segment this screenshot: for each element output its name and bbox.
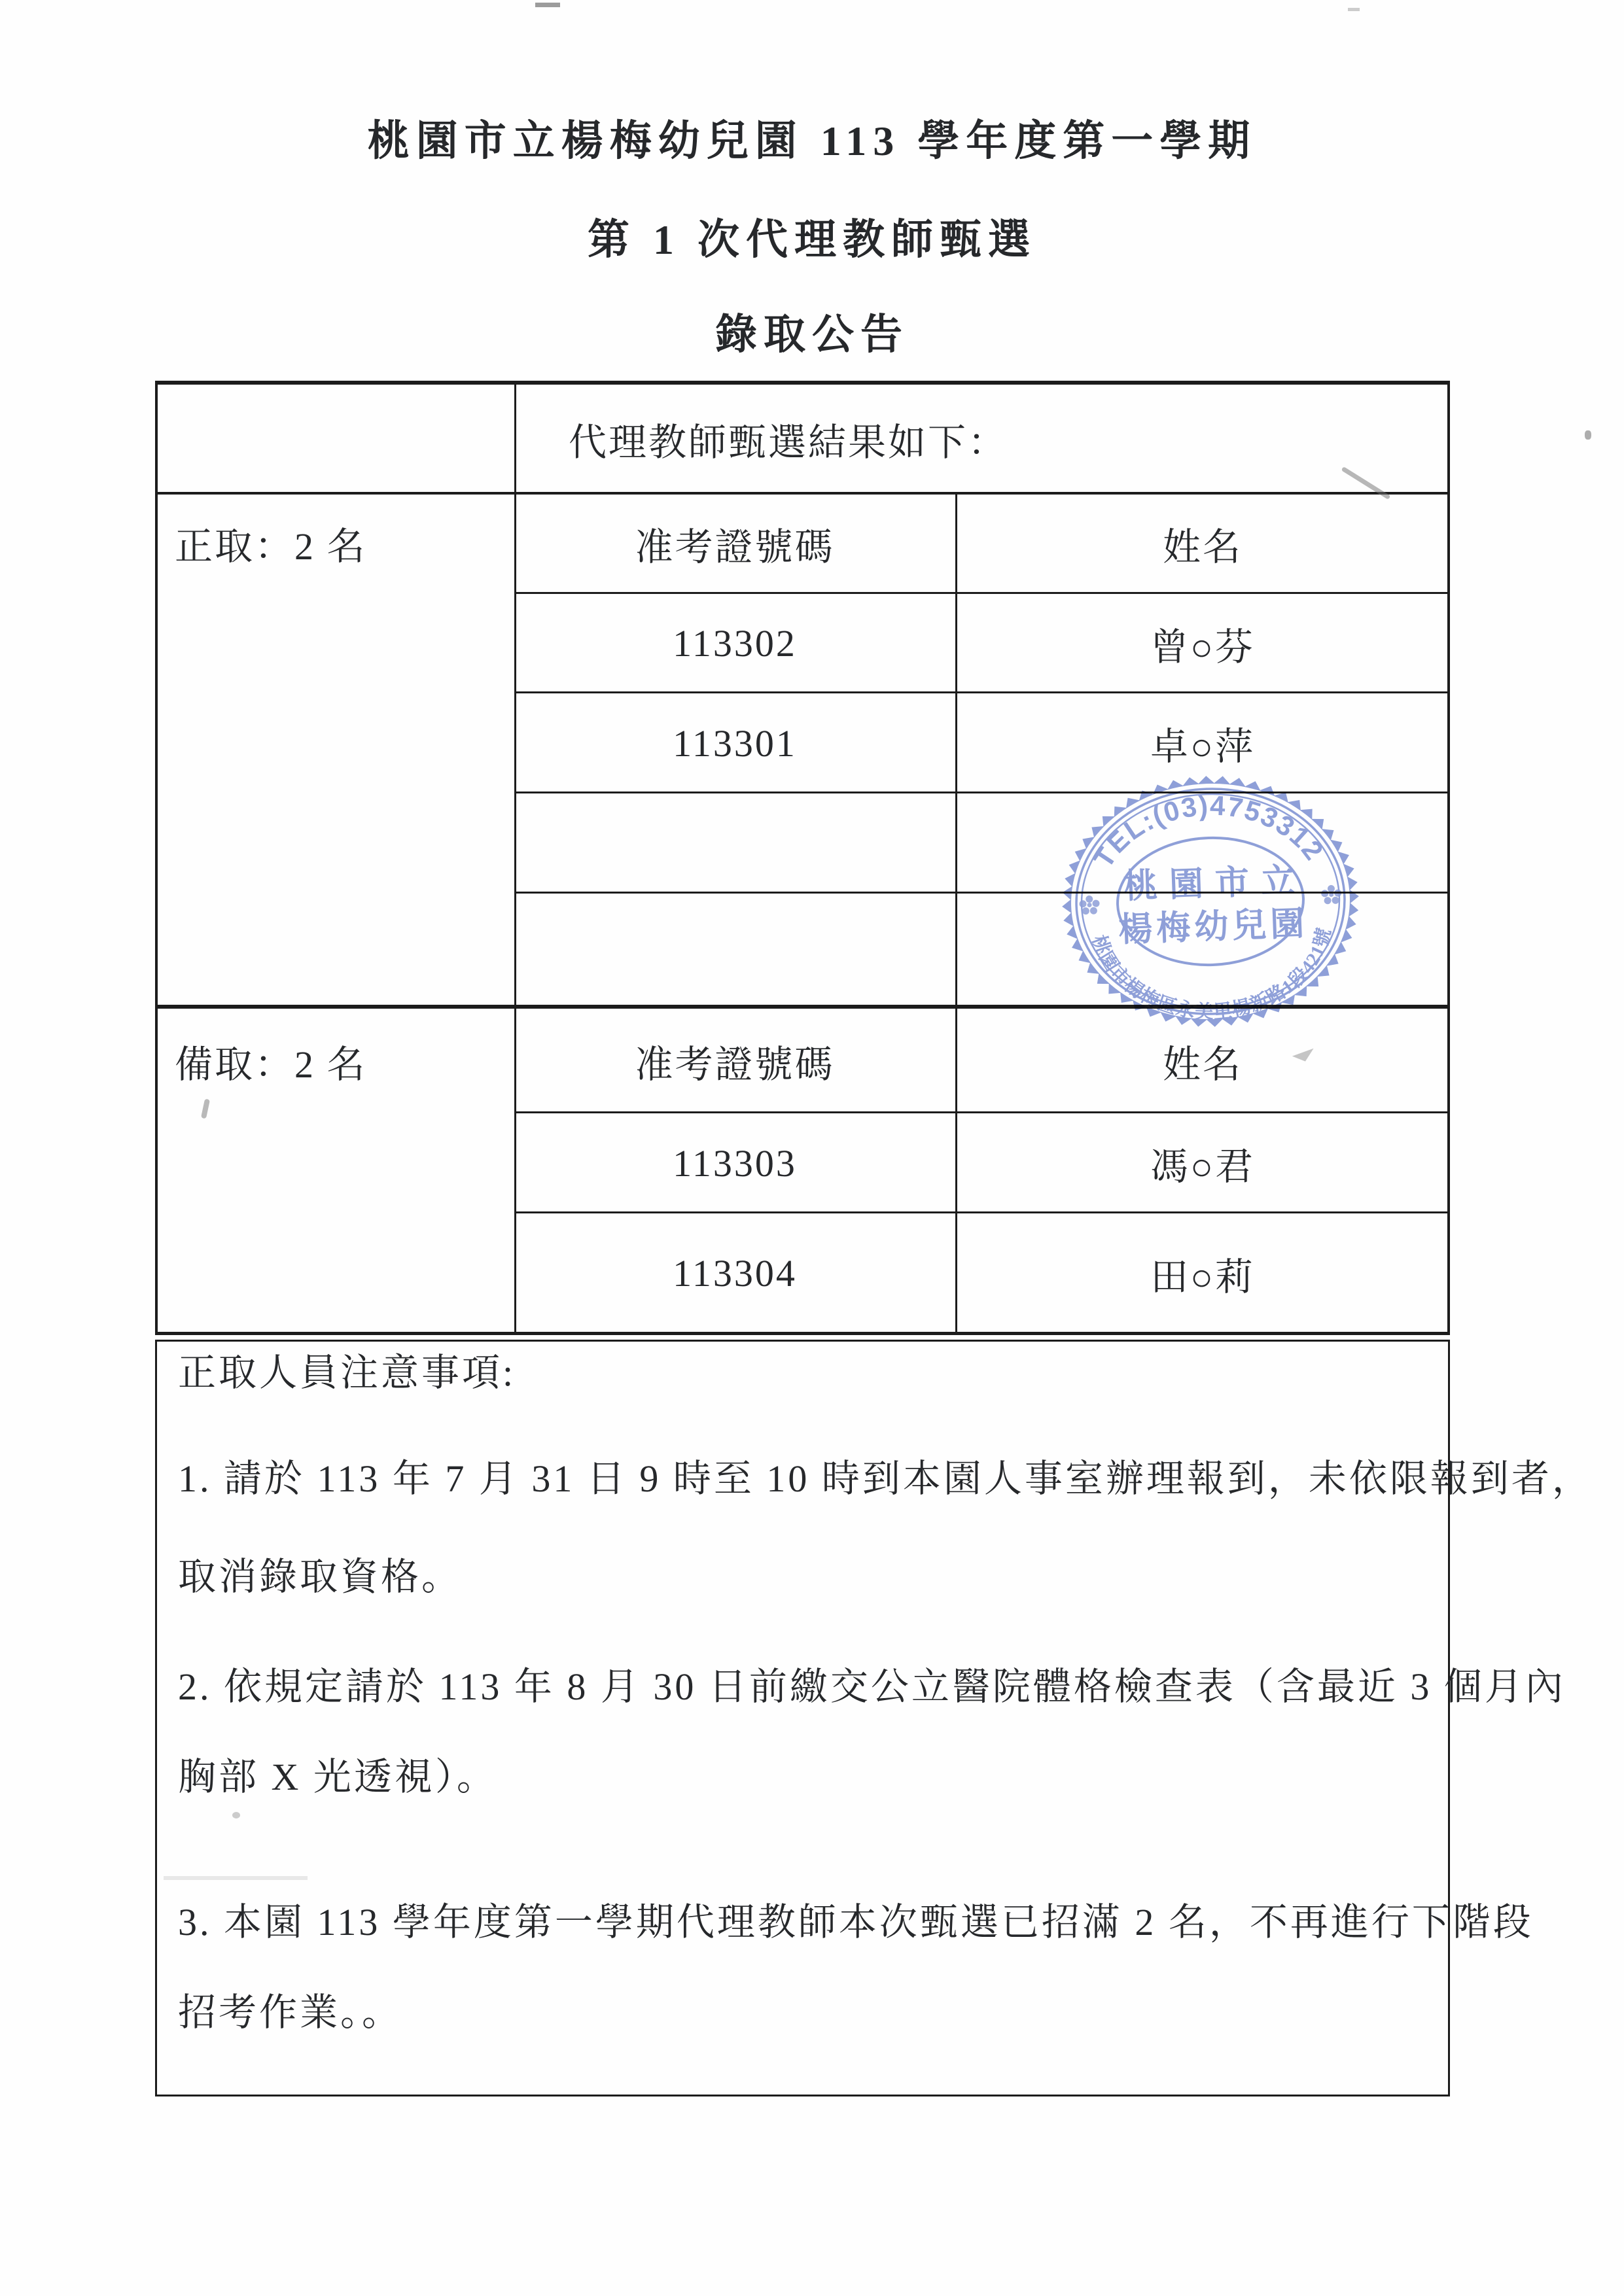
column-header-ticket-number: 准考證號碼 — [516, 495, 953, 592]
note-item-2-continued: 胸部 X 光透視）。 — [178, 1754, 497, 1800]
column-header-name: 姓名 — [957, 495, 1448, 592]
table-border-top — [155, 381, 1450, 385]
section-label-regular: 正取：2 名 — [158, 494, 515, 592]
ticket-number-cell: 113303 — [516, 1115, 953, 1211]
table-row-line-6 — [515, 1111, 1450, 1113]
column-header-ticket-number: 准考證號碼 — [516, 1010, 953, 1111]
scan-dot — [232, 1812, 240, 1818]
section-label-waitlist: 備取：2 名 — [158, 1010, 515, 1111]
doc-title-admission-announcement: 錄取公告 — [0, 314, 1624, 356]
ticket-number-cell: 113304 — [516, 1215, 953, 1332]
scanned-announcement-page: 桃園市立楊梅幼兒園 113 學年度第一學期 第 1 次代理教師甄選 錄取公告 代… — [0, 0, 1624, 2296]
scan-speck — [1585, 430, 1591, 440]
doc-title-selection-round: 第 1 次代理教師甄選 — [0, 219, 1624, 261]
stamp-org-name-line2: 楊梅幼兒園 — [1118, 905, 1309, 949]
table-row-line-2 — [515, 592, 1450, 594]
note-item-1: 1. 請於 113 年 7 月 31 日 9 時至 10 時到本園人事室辦理報到… — [178, 1456, 1593, 1502]
note-item-3: 3. 本園 113 學年度第一學期代理教師本次甄選已招滿 2 名，不再進行下階段 — [178, 1900, 1534, 1945]
scan-edge-dash — [535, 3, 560, 7]
scan-streak — [164, 1876, 308, 1880]
table-border-bottom — [155, 1332, 1450, 1335]
table-row-line-7 — [515, 1211, 1450, 1213]
note-item-3-continued: 招考作業。。 — [178, 1990, 402, 2036]
table-result-note: 代理教師甄選結果如下： — [516, 385, 1485, 492]
name-cell: 馮○君 — [957, 1115, 1448, 1211]
name-cell: 曾○芬 — [957, 595, 1448, 691]
ticket-number-cell: 113302 — [516, 595, 953, 691]
table-row-line-3 — [515, 691, 1450, 693]
official-seal-stamp: TEL:(03)4753312 桃園市楊梅區永美里楊新路1段421號 桃園市立 … — [1049, 761, 1372, 1042]
scan-edge-dash — [1348, 8, 1360, 11]
doc-title-school-year: 桃園市立楊梅幼兒園 113 學年度第一學期 — [0, 120, 1624, 162]
ticket-number-cell: 113301 — [516, 695, 953, 791]
name-cell: 田○莉 — [957, 1215, 1448, 1332]
note-item-2: 2. 依規定請於 113 年 8 月 30 日前繳交公立醫院體格檢查表（含最近 … — [178, 1664, 1566, 1710]
notes-heading: 正取人員注意事項: — [178, 1350, 516, 1396]
notes-box — [155, 1340, 1450, 2096]
stamp-org-name-line1: 桃園市立 — [1123, 861, 1307, 906]
note-item-1-continued: 取消錄取資格。 — [178, 1554, 462, 1600]
